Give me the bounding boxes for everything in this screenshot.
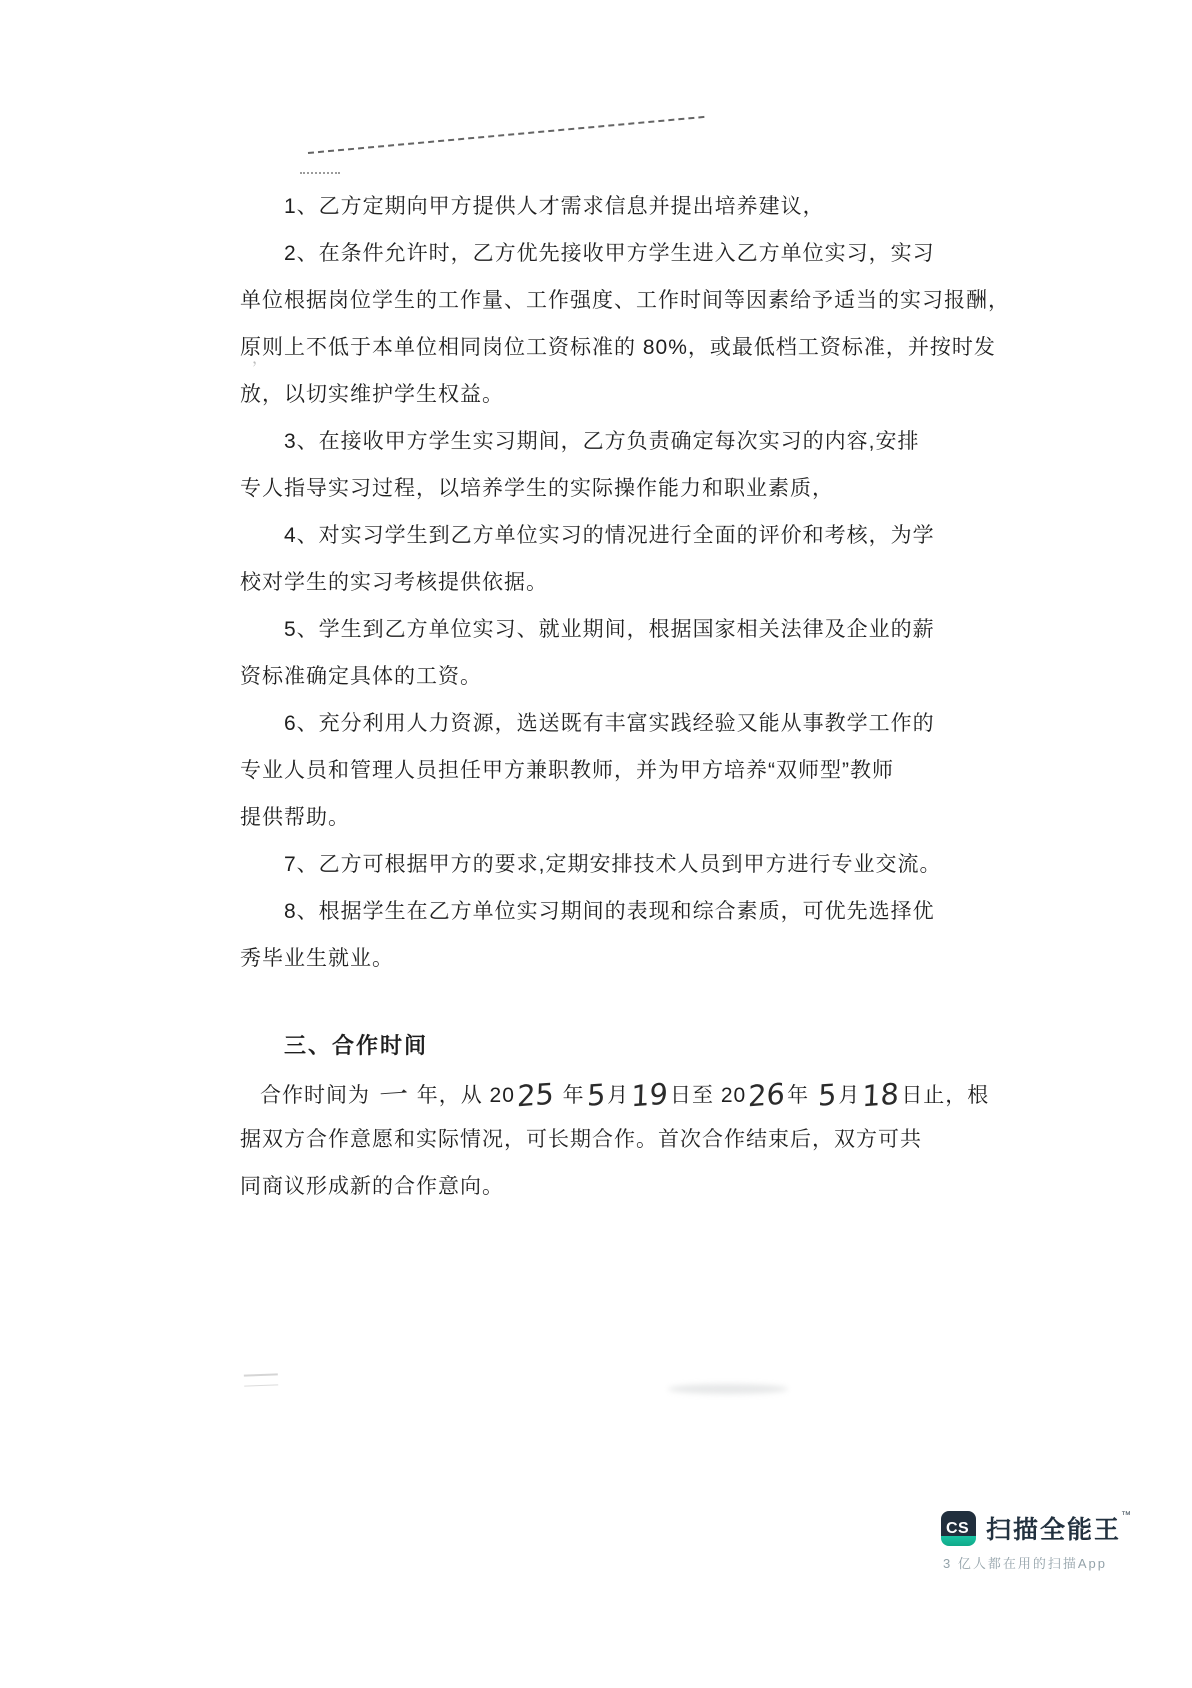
contract-line-item1: 1、乙方定期向甲方提供人才需求信息并提出培养建议，	[240, 183, 950, 230]
contract-line: 同商议形成新的合作意向。	[240, 1163, 950, 1210]
camscanner-brand-name: 扫描全能王™	[986, 1510, 1133, 1546]
contract-line: 原则上不低于本单位相同岗位工资标准的 80%，或最低档工资标准，并按时发	[240, 324, 950, 371]
trademark-symbol: ™	[1121, 1510, 1133, 1521]
scan-artifact-pencil-mark	[244, 1373, 278, 1386]
camscanner-logo-icon: CS	[941, 1511, 976, 1546]
contract-line-item3: 3、在接收甲方学生实习期间，乙方负责确定每次实习的内容,安排	[240, 418, 950, 465]
contract-body: 1、乙方定期向甲方提供人才需求信息并提出培养建议， 2、在条件允许时，乙方优先接…	[240, 183, 950, 1210]
contract-line-item5: 5、学生到乙方单位实习、就业期间，根据国家相关法律及企业的薪	[240, 606, 950, 653]
handwritten-end-year: 26	[745, 1070, 787, 1120]
scanned-contract-page: ， 1、乙方定期向甲方提供人才需求信息并提出培养建议， 2、在条件允许时，乙方优…	[0, 0, 1192, 1688]
handwritten-end-month: 5	[815, 1071, 839, 1120]
date-text: 日至 20	[670, 1084, 746, 1107]
date-text: 月	[838, 1084, 860, 1107]
contract-line: 资标准确定具体的工资。	[240, 653, 950, 700]
handwritten-start-day: 19	[628, 1070, 670, 1120]
handwritten-start-year: 25	[514, 1070, 556, 1120]
contract-line-item4: 4、对实习学生到乙方单位实习的情况进行全面的评价和考核，为学	[240, 512, 950, 559]
contract-line-item2: 2、在条件允许时，乙方优先接收甲方学生进入乙方单位实习，实习	[240, 230, 950, 277]
date-text: 年，从 20	[410, 1084, 515, 1107]
contract-line: 放，以切实维护学生权益。	[240, 371, 950, 418]
handwritten-start-month: 5	[584, 1071, 608, 1120]
date-text: 年	[787, 1084, 816, 1107]
date-text: 合作时间为	[260, 1084, 377, 1107]
contract-line: 专人指导实习过程，以培养学生的实际操作能力和职业素质，	[240, 465, 950, 512]
contract-line: 据双方合作意愿和实际情况，可长期合作。首次合作结束后，双方可共	[240, 1116, 950, 1163]
date-text: 年	[556, 1084, 585, 1107]
camscanner-tagline: 3 亿人都在用的扫描App	[943, 1553, 1133, 1572]
contract-line: 单位根据岗位学生的工作量、工作强度、工作时间等因素给予适当的实习报酬，	[240, 277, 950, 324]
scan-artifact-dash	[300, 172, 340, 174]
contract-line: 提供帮助。	[240, 794, 950, 841]
contract-line-item7: 7、乙方可根据甲方的要求,定期安排技术人员到甲方进行专业交流。	[240, 841, 950, 888]
handwritten-end-day: 18	[860, 1070, 902, 1120]
section-heading-cooperation-time: 三、合作时间	[240, 1022, 950, 1069]
camscanner-watermark: CS 扫描全能王™ 3 亿人都在用的扫描App	[941, 1510, 1133, 1572]
scan-artifact-diagonal-line	[308, 116, 705, 154]
date-text: 月	[607, 1084, 629, 1107]
contract-line: 校对学生的实习考核提供依据。	[240, 559, 950, 606]
cooperation-date-line: 合作时间为 一 年，从 2025 年5月19日至 2026年 5月18日止，根	[240, 1069, 950, 1116]
date-text: 日止，根	[901, 1084, 989, 1107]
contract-line-item8: 8、根据学生在乙方单位实习期间的表现和综合素质，可优先选择优	[240, 888, 950, 935]
scan-artifact-smudge	[668, 1384, 788, 1394]
handwritten-duration: 一	[376, 1071, 411, 1121]
contract-line-item6: 6、充分利用人力资源，选送既有丰富实践经验又能从事教学工作的	[240, 700, 950, 747]
contract-line: 秀毕业生就业。	[240, 935, 950, 982]
contract-line: 专业人员和管理人员担任甲方兼职教师，并为甲方培养“双师型”教师	[240, 747, 950, 794]
